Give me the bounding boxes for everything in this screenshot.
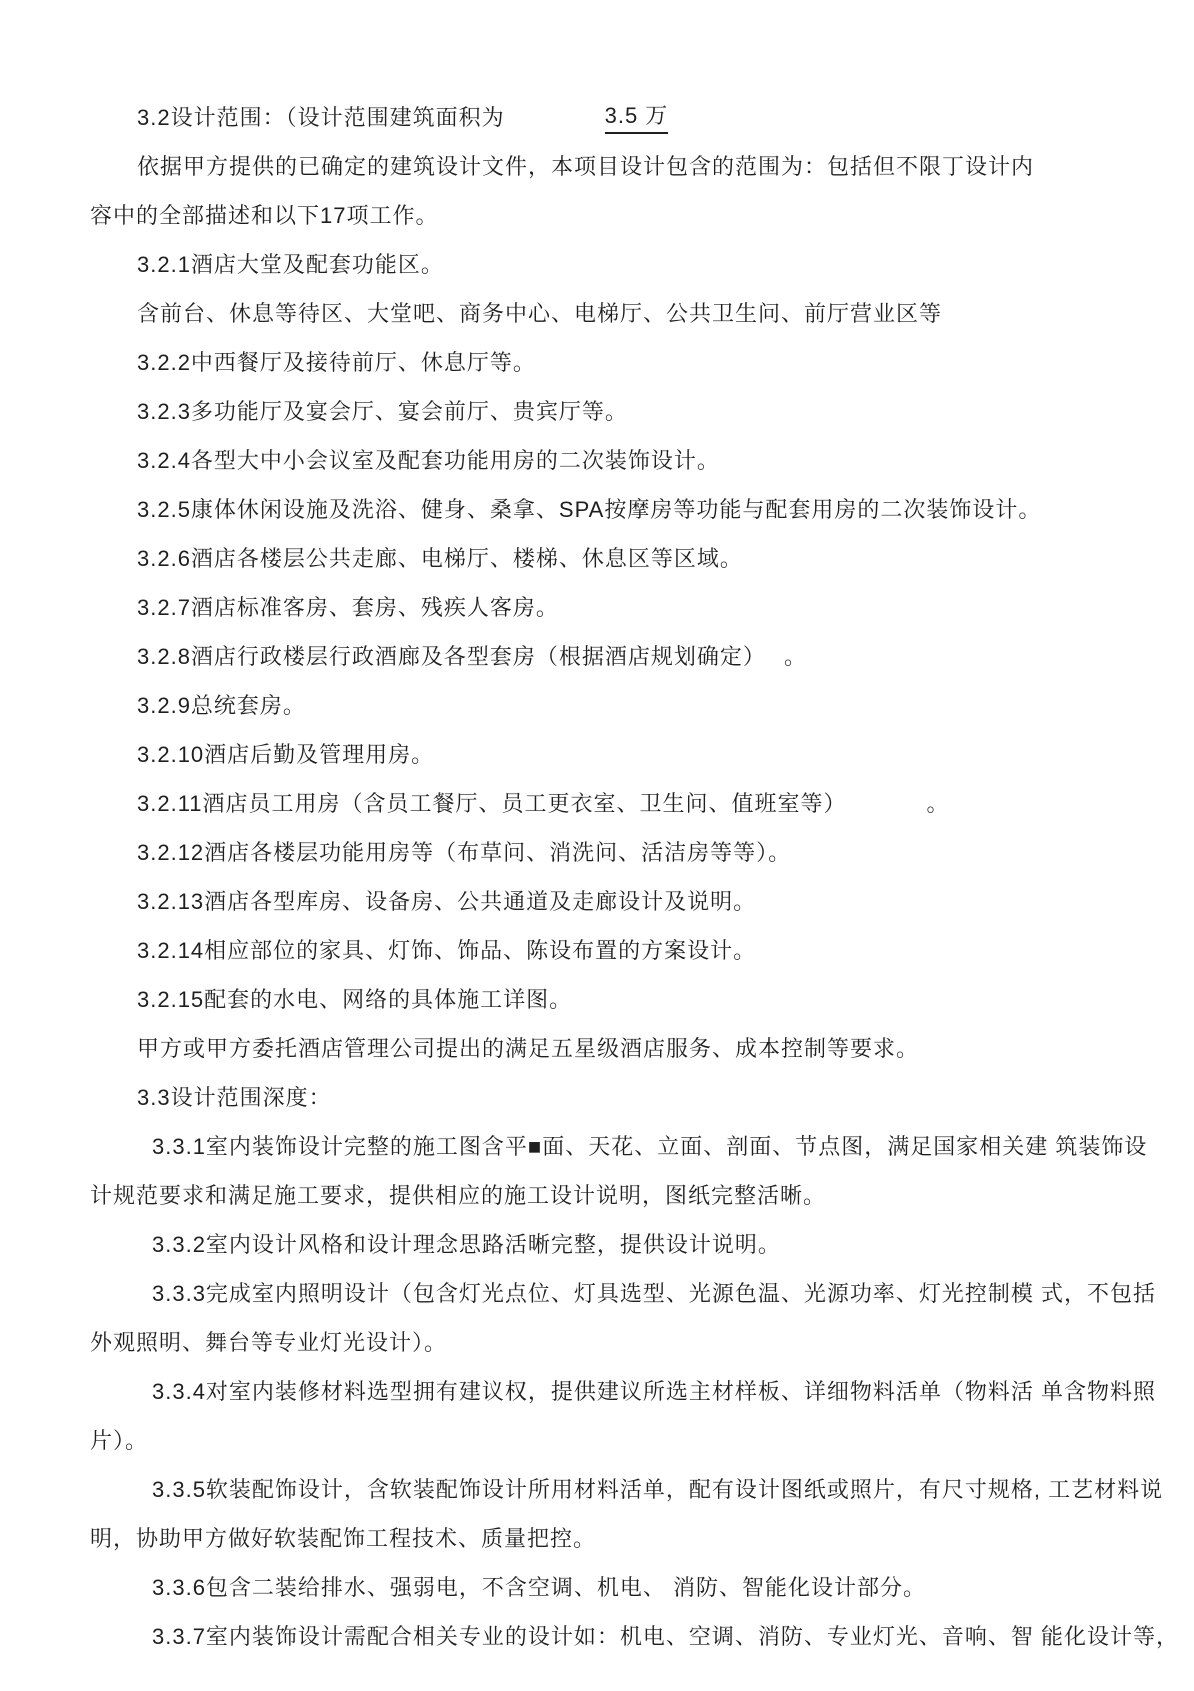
text-run: 3.2.13酒店各型库房、设备房、公共通道及走廊设计及说明。	[137, 885, 756, 916]
text-run: 明，协助甲方做好软装配饰工程技术、质量把控。	[90, 1522, 596, 1553]
paragraph-line: 含前台、休息等待区、大堂吧、商务中心、电梯厅、公共卫生问、前厅营业区等	[0, 288, 1194, 337]
paragraph-line: 计规范要求和满足施工要求，提供相应的施工设计说明，图纸完整活晰。	[0, 1170, 1194, 1219]
paragraph-line: 3.3.6包含二装给排水、强弱电，不含空调、机电、 消防、智能化设计部分。	[0, 1562, 1194, 1611]
text-run: 3.3.5软装配饰设计，含软装配饰设计所用材料活单，配有设计图纸或照片，有尺寸规…	[152, 1473, 1163, 1504]
paragraph-line: 3.2.2中西餐厅及接待前厅、休息厅等。	[0, 337, 1194, 386]
paragraph-line: 3.2.6酒店各楼层公共走廊、电梯厅、楼梯、休息区等区域。	[0, 533, 1194, 582]
text-run: 3.2.5康体休闲设施及洗浴、健身、桑拿、SPA按摩房等功能与配套用房的二次装饰…	[137, 493, 1041, 524]
text-run: 外观照明、舞台等专业灯光设计）。	[90, 1326, 447, 1357]
paragraph-line: 3.2.1酒店大堂及配套功能区。	[0, 239, 1194, 288]
paragraph-line: 外观照明、舞台等专业灯光设计）。	[0, 1317, 1194, 1366]
text-run: 甲方或甲方委托酒店管理公司提出的满足五星级酒店服务、成本控制等要求。	[137, 1032, 919, 1063]
paragraph-line: 明，协助甲方做好软装配饰工程技术、质量把控。	[0, 1513, 1194, 1562]
text-run: 3.2.2中西餐厅及接待前厅、休息厅等。	[137, 346, 536, 377]
text-run: 3.2.4各型大中小会议室及配套功能用房的二次装饰设计。	[137, 444, 720, 475]
paragraph-line: 3.2.12酒店各楼层功能用房等（布草问、消洗问、活洁房等等）。	[0, 827, 1194, 876]
text-run: 3.2.7酒店标准客房、套房、残疾人客房。	[137, 591, 559, 622]
text-run: 3.3.4对室内装修材料选型拥有建议权，提供建议所选主材样板、详细物料活单（物料…	[152, 1375, 1156, 1406]
paragraph-line: 3.2.11酒店员工用房（含员工餐厅、员工更衣室、卫生问、值班室等）。	[0, 778, 1194, 827]
paragraph-line: 依据甲方提供的已确定的建筑设计文件，本项目设计包含的范围为：包括但不限丁设计内	[0, 141, 1194, 190]
paragraph-line: 3.3.4对室内装修材料选型拥有建议权，提供建议所选主材样板、详细物料活单（物料…	[0, 1366, 1194, 1415]
paragraph-line: 3.2.7酒店标准客房、套房、残疾人客房。	[0, 582, 1194, 631]
text-run: 3.2.11酒店员工用房（含员工餐厅、员工更衣室、卫生问、值班室等）	[137, 787, 847, 818]
text-run: 3.2.9总统套房。	[137, 689, 306, 720]
paragraph-line: 3.2.15配套的水电、网络的具体施工详图。	[0, 974, 1194, 1023]
text-run: 3.2.14相应部位的家具、灯饰、饰品、陈设布置的方案设计。	[137, 934, 756, 965]
paragraph-line: 3.2.10酒店后勤及管理用房。	[0, 729, 1194, 778]
paragraph-line: 3.3设计范围深度：	[0, 1072, 1194, 1121]
text-run: 容中的全部描述和以下17项工作。	[90, 199, 438, 230]
text-run: 3.2.6酒店各楼层公共走廊、电梯厅、楼梯、休息区等区域。	[137, 542, 743, 573]
paragraph-line: 3.3.2室内设计风格和设计理念思路活晰完整，提供设计说明。	[0, 1219, 1194, 1268]
text-run: 计规范要求和满足施工要求，提供相应的施工设计说明，图纸完整活晰。	[90, 1179, 826, 1210]
document-page: 3.2设计范围：（设计范围建筑面积为3.5 万依据甲方提供的已确定的建筑设计文件…	[0, 0, 1194, 1691]
text-run: 3.2.10酒店后勤及管理用房。	[137, 738, 434, 769]
text-run: 3.2.3多功能厅及宴会厅、宴会前厅、贵宾厅等。	[137, 395, 628, 426]
paragraph-line: 片）。	[0, 1415, 1194, 1464]
paragraph-line: 3.2.5康体休闲设施及洗浴、健身、桑拿、SPA按摩房等功能与配套用房的二次装饰…	[0, 484, 1194, 533]
paragraph-line: 容中的全部描述和以下17项工作。	[0, 190, 1194, 239]
paragraph-line: 3.2.8酒店行政楼层行政酒廊及各型套房（根据酒店规划确定）。	[0, 631, 1194, 680]
paragraph-line: 3.2.4各型大中小会议室及配套功能用房的二次装饰设计。	[0, 435, 1194, 484]
paragraph-line: 3.2.14相应部位的家具、灯饰、饰品、陈设布置的方案设计。	[0, 925, 1194, 974]
text-run: 3.2.12酒店各楼层功能用房等（布草问、消洗问、活洁房等等）。	[137, 836, 791, 867]
paragraph-line: 3.2.9总统套房。	[0, 680, 1194, 729]
paragraph-line: 3.3.5软装配饰设计，含软装配饰设计所用材料活单，配有设计图纸或照片，有尺寸规…	[0, 1464, 1194, 1513]
underlined-text-run: 3.5 万	[605, 99, 669, 134]
text-run: 3.3.1室内装饰设计完整的施工图含平■面、天花、立面、剖面、节点图，满足国家相…	[152, 1130, 1147, 1161]
text-run: 3.2.8酒店行政楼层行政酒廊及各型套房（根据酒店规划确定）	[137, 640, 766, 671]
text-run: 3.2.1酒店大堂及配套功能区。	[137, 248, 444, 279]
text-run: 3.2设计范围：（设计范围建筑面积为	[137, 101, 505, 132]
text-run: 。	[784, 640, 807, 671]
text-run: 。	[927, 787, 950, 818]
paragraph-line: 3.2.13酒店各型库房、设备房、公共通道及走廊设计及说明。	[0, 876, 1194, 925]
text-run: 3.2.15配套的水电、网络的具体施工详图。	[137, 983, 572, 1014]
paragraph-line: 3.3.7室内装饰设计需配合相关专业的设计如：机电、空调、消防、专业灯光、音响、…	[0, 1611, 1194, 1660]
document-body: 3.2设计范围：（设计范围建筑面积为3.5 万依据甲方提供的已确定的建筑设计文件…	[0, 92, 1194, 1660]
paragraph-line: 3.3.3完成室内照明设计（包含灯光点位、灯具选型、光源色温、光源功率、灯光控制…	[0, 1268, 1194, 1317]
text-run: 片）。	[90, 1424, 148, 1455]
text-run: 3.3设计范围深度：	[137, 1081, 332, 1112]
paragraph-line: 3.3.1室内装饰设计完整的施工图含平■面、天花、立面、剖面、节点图，满足国家相…	[0, 1121, 1194, 1170]
text-run: 依据甲方提供的已确定的建筑设计文件，本项目设计包含的范围为：包括但不限丁设计内	[137, 150, 1034, 181]
paragraph-line: 甲方或甲方委托酒店管理公司提出的满足五星级酒店服务、成本控制等要求。	[0, 1023, 1194, 1072]
text-run: 3.3.6包含二装给排水、强弱电，不含空调、机电、 消防、智能化设计部分。	[152, 1571, 926, 1602]
text-run: 3.3.3完成室内照明设计（包含灯光点位、灯具选型、光源色温、光源功率、灯光控制…	[152, 1277, 1156, 1308]
text-run: 3.3.2室内设计风格和设计理念思路活晰完整，提供设计说明。	[152, 1228, 781, 1259]
text-run: 3.3.7室内装饰设计需配合相关专业的设计如：机电、空调、消防、专业灯光、音响、…	[152, 1620, 1179, 1651]
paragraph-line: 3.2设计范围：（设计范围建筑面积为3.5 万	[0, 92, 1194, 141]
text-run: 含前台、休息等待区、大堂吧、商务中心、电梯厅、公共卫生问、前厅营业区等	[137, 297, 942, 328]
paragraph-line: 3.2.3多功能厅及宴会厅、宴会前厅、贵宾厅等。	[0, 386, 1194, 435]
